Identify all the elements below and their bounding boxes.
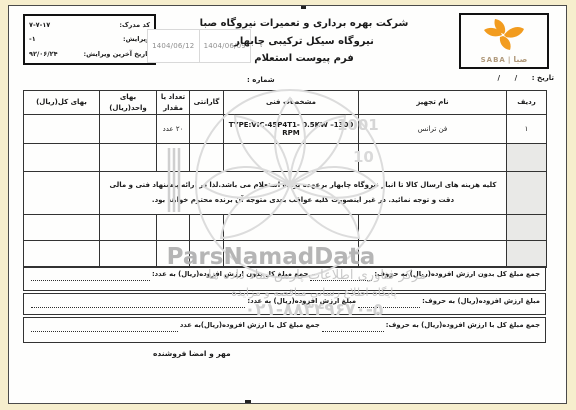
total-without-vat-box: جمع مبلغ کل بدون ارزش افزوده(ریال) به حر… [23, 266, 546, 291]
vat-amount-digits-label: مبلغ ارزش افزوده(ریال) به عدد: [247, 297, 356, 305]
total-without-vat-words-label: جمع مبلغ کل بدون ارزش افزوده(ریال) به حر… [374, 270, 540, 278]
vat-amount-words-label: مبلغ ارزش افزوده(ریال) به حروف: [422, 297, 540, 305]
document-page: کد مدرک: ۷-۷-۱۷ ویرایش: -۱ تاریخ آخرین و… [8, 5, 567, 404]
total-without-vat-words-fill [310, 270, 372, 281]
shipping-note: کلیه هزینه های ارسال کالا تا انبار نیروگ… [100, 172, 507, 215]
item-1-unit-price [100, 115, 157, 144]
vat-amount-words-fill [358, 297, 420, 308]
meta-row-doc-code: کد مدرک: ۷-۷-۱۷ [29, 21, 150, 29]
total-with-vat-words-label: جمع مبلغ کل با ارزش افزوده(ریال) به حروف… [386, 321, 540, 329]
company-title: شرکت بهره برداری و تعمیرات نیروگاه صبا [159, 15, 449, 33]
item-1-total-price [24, 115, 100, 144]
table-row-item-1: ۱ فن ترانس TYPE:VIC-45P4T1- 0.5KW –1300 … [24, 115, 547, 144]
table-row-empty-2 [24, 215, 547, 241]
form-title: فرم پیوست استعلام [159, 50, 449, 68]
doc-code-value: ۷-۷-۱۷ [29, 21, 50, 29]
item-1-technical-specs: TYPE:VIC-45P4T1- 0.5KW –1300 RPM [224, 115, 359, 144]
table-row-empty-1 [24, 144, 547, 172]
item-1-row-number: ۱ [507, 115, 547, 144]
revision-label: ویرایش: [123, 35, 150, 43]
seller-signature-label: مهر و امضا فروشنده [153, 349, 231, 358]
date-fill-line: تاریخ : / / [497, 74, 554, 82]
saba-logo-icon [483, 17, 525, 55]
total-with-vat-digits-fill [31, 321, 178, 332]
col-header-equipment-name: نام تجهیز [359, 91, 507, 115]
col-header-warranty: گارانتی [190, 91, 224, 115]
table-row-note: کلیه هزینه های ارسال کالا تا انبار نیروگ… [24, 172, 547, 215]
item-1-equipment-name: فن ترانس [359, 115, 507, 144]
meta-row-last-revision-date: تاریخ آخرین ویرایش: ۹۲/۰۶/۲۴ [29, 50, 150, 58]
col-header-technical-specs: مشخصات فنی [224, 91, 359, 115]
table-header-row: ردیف نام تجهیز مشخصات فنی گارانتی تعداد … [24, 91, 547, 115]
document-meta-box: کد مدرک: ۷-۷-۱۷ ویرایش: -۱ تاریخ آخرین و… [23, 14, 156, 65]
vat-amount-digits-fill [31, 297, 245, 308]
col-header-unit-price: بهای واحد(ریال) [100, 91, 157, 115]
total-without-vat-digits-fill [31, 270, 150, 281]
total-with-vat-words-fill [322, 321, 384, 332]
plant-title: نیروگاه سیکل ترکیبی چابهار [159, 33, 449, 51]
wordmark-divider: | [508, 56, 512, 64]
last-revision-date-label: تاریخ آخرین ویرایش: [83, 50, 150, 58]
doc-code-label: کد مدرک: [119, 21, 150, 29]
col-header-total-price: بهای کل(ریال) [24, 91, 100, 115]
item-1-warranty [190, 115, 224, 144]
total-with-vat-box: جمع مبلغ کل با ارزش افزوده(ریال) به حروف… [23, 317, 546, 343]
meta-row-revision: ویرایش: -۱ [29, 35, 150, 43]
company-logo-box: SABA | صبا [459, 13, 549, 69]
saba-wordmark: SABA | صبا [481, 55, 528, 64]
last-revision-date-value: ۹۲/۰۶/۲۴ [29, 50, 58, 58]
revision-value: -۱ [29, 35, 36, 43]
form-titles: شرکت بهره برداری و تعمیرات نیروگاه صبا ن… [159, 15, 449, 68]
scanned-form: کد مدرک: ۷-۷-۱۷ ویرایش: -۱ تاریخ آخرین و… [0, 0, 576, 410]
item-1-quantity: ۲۰ عدد [157, 115, 190, 144]
items-table: ردیف نام تجهیز مشخصات فنی گارانتی تعداد … [23, 90, 547, 268]
registration-mark-top [301, 6, 306, 9]
registration-mark-bottom [245, 400, 251, 403]
col-header-quantity: تعداد یا مقدار [157, 91, 190, 115]
saba-wordmark-farsi: صبا [513, 55, 527, 64]
number-fill-line: شماره : [247, 76, 275, 84]
saba-wordmark-latin: SABA [481, 56, 506, 64]
vat-amount-box: مبلغ ارزش افزوده(ریال) به حروف: مبلغ ارز… [23, 293, 546, 315]
total-without-vat-digits-label: جمع مبلغ کل بدون ارزش افزوده(ریال) به عد… [152, 270, 308, 278]
total-with-vat-digits-label: جمع مبلغ کل با ارزش افزوده(ریال)به عدد [180, 321, 320, 329]
table-row-empty-3 [24, 241, 547, 268]
col-header-row-number: ردیف [507, 91, 547, 115]
